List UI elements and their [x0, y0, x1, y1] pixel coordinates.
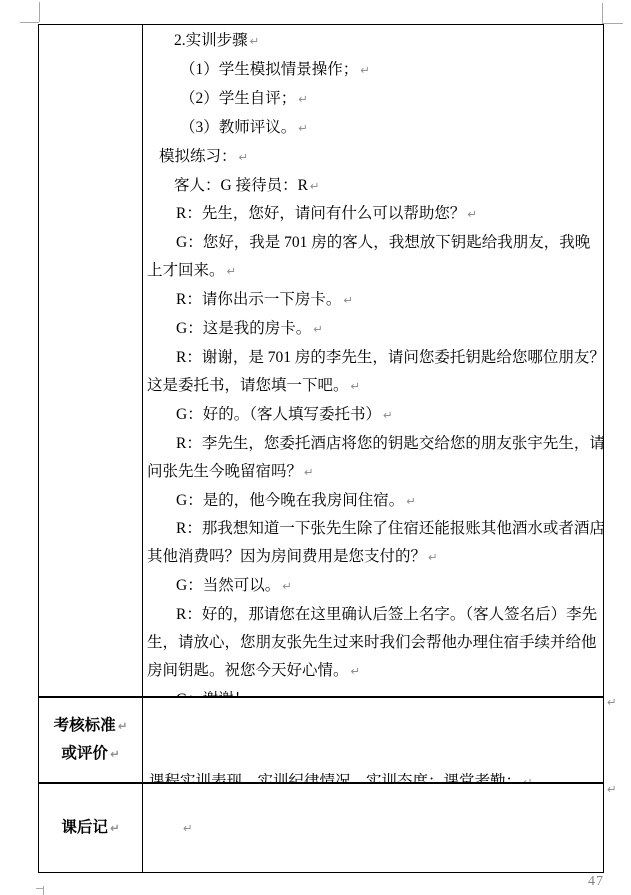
- paragraph-mark-icon: ↵: [360, 63, 370, 77]
- text-line: R：好的，那请您在这里确认后签上名字。（客人签名后）李先: [147, 601, 601, 629]
- after-class-content-cell: ↵: [143, 782, 603, 872]
- text-line: G：您好，我是 701 房的客人，我想放下钥匙给我朋友，我晚: [147, 229, 601, 257]
- paragraph-mark-icon: ↵: [428, 550, 438, 564]
- margin-mark-bottom-left-horizontal: [36, 888, 43, 889]
- paragraph-mark-icon: ↵: [313, 322, 323, 336]
- margin-mark-top-right-horizontal: [602, 23, 623, 24]
- paragraph-mark-icon: ↵: [304, 465, 314, 479]
- lesson-plan-table: 2.实训步骤↵（1）学生模拟情景操作；↵（2）学生自评；↵（3）教师评议。↵模拟…: [38, 24, 604, 873]
- text-line: 生，请放心，您朋友张先生过来时我们会帮他办理住宿手续并给他: [147, 629, 601, 657]
- text-line-content: G：当然可以。: [176, 577, 280, 594]
- text-line: G：是的，他今晚在我房间住宿。↵: [147, 487, 601, 516]
- text-line-content: R：好的，那请您在这里确认后签上名字。（客人签名后）李先: [176, 606, 597, 623]
- text-line-content: （2）学生自评；: [180, 90, 296, 107]
- paragraph-mark-icon: ↵: [298, 92, 308, 106]
- paragraph-mark-icon: ↵: [118, 719, 128, 733]
- text-line-content: R：谢谢，是 701 房的李先生，请问您委托钥匙给您哪位朋友？: [176, 349, 603, 366]
- text-line-content: 2.实训步骤: [174, 32, 248, 49]
- text-line-content: 模拟练习：: [159, 148, 237, 165]
- text-line: R：先生，您好，请问有什么可以帮助您？↵: [147, 200, 601, 229]
- assessment-content-cell: 课程实训表现、实训纪律情况、实训态度；课堂考勤；↵ ↵: [143, 696, 603, 782]
- assessment-label-line-2: 或评价↵: [61, 740, 119, 768]
- text-line: （2）学生自评；↵: [147, 85, 601, 114]
- training-content-cell: 2.实训步骤↵（1）学生模拟情景操作；↵（2）学生自评；↵（3）教师评议。↵模拟…: [143, 25, 603, 696]
- text-line-content: （1）学生模拟情景操作；: [180, 61, 358, 78]
- text-line: R：那我想知道一下张先生除了住宿还能报账其他酒水或者酒店: [147, 515, 601, 543]
- text-line: （3）教师评议。↵: [147, 114, 601, 143]
- text-line-content: R：先生，您好，请问有什么可以帮助您？: [176, 205, 465, 222]
- paragraph-mark-icon: ↵: [343, 293, 353, 307]
- text-line: R：谢谢，是 701 房的李先生，请问您委托钥匙给您哪位朋友？: [147, 344, 601, 372]
- text-line-content: G：这是我的房卡。: [176, 320, 311, 337]
- text-line: G：当然可以。↵: [147, 572, 601, 601]
- text-line: 客人：G 接待员：R↵: [147, 172, 601, 201]
- text-line-content: G：好的。（客人填写委托书）: [176, 406, 381, 423]
- paragraph-mark-icon: ↵: [406, 494, 416, 508]
- text-line-content: R：李先生，您委托酒店将您的钥匙交给您的朋友张宇先生，请: [176, 435, 603, 452]
- margin-mark-top-left-horizontal: [20, 22, 39, 23]
- text-line: 这是委托书，请您填一下吧。↵: [147, 372, 601, 401]
- paragraph-mark-icon: ↵: [282, 579, 292, 593]
- paragraph-mark-icon: ↵: [227, 264, 237, 278]
- paragraph-mark-icon: ↵: [351, 379, 361, 393]
- text-line-content: R：那我想知道一下张先生除了住宿还能报账其他酒水或者酒店: [176, 520, 603, 537]
- text-line: G：好的。（客人填写委托书）↵: [147, 401, 601, 430]
- assessment-label-text-1: 考核标准: [54, 717, 116, 734]
- paragraph-mark-icon: ↵: [467, 207, 477, 221]
- text-line: 模拟练习：↵: [147, 143, 601, 172]
- document-page: 2.实训步骤↵（1）学生模拟情景操作；↵（2）学生自评；↵（3）教师评议。↵模拟…: [0, 0, 631, 895]
- text-line: R：请你出示一下房卡。↵: [147, 286, 601, 315]
- row-end-paragraph-mark-icon: ↵: [607, 695, 617, 709]
- text-line: 其他消费吗？因为房间费用是您支付的？↵: [147, 543, 601, 572]
- text-line: 房间钥匙。祝您今天好心情。↵: [147, 657, 601, 686]
- text-line: R：李先生，您委托酒店将您的钥匙交给您的朋友张宇先生，请: [147, 430, 601, 458]
- margin-mark-bottom-left-vertical: [43, 886, 44, 895]
- text-line: 问张先生今晚留宿吗？↵: [147, 458, 601, 487]
- paragraph-mark-icon: ↵: [298, 121, 308, 135]
- assessment-label-line-1: 考核标准↵: [54, 712, 128, 740]
- text-line-content: 客人：G 接待员：R: [174, 177, 308, 194]
- empty-left-cell: [39, 25, 143, 696]
- paragraph-mark-icon: ↵: [523, 775, 533, 782]
- page-number: 47: [588, 874, 604, 890]
- text-line-content: G：是的，他今晚在我房间住宿。: [176, 492, 404, 509]
- text-line-content: G：您好，我是 701 房的客人，我想放下钥匙给我朋友，我晚: [176, 234, 590, 251]
- text-line-content: 问张先生今晚留宿吗？: [147, 463, 302, 480]
- row-end-paragraph-mark-icon: ↵: [607, 782, 617, 796]
- text-line-content: 上才回来。: [147, 262, 225, 279]
- text-line-content: 其他消费吗？因为房间费用是您支付的？: [147, 548, 426, 565]
- margin-mark-top-left-vertical: [39, 2, 40, 22]
- paragraph-mark-icon: ↵: [250, 34, 260, 48]
- paragraph-mark-icon: ↵: [239, 150, 249, 164]
- after-class-label-cell: 课后记↵: [39, 782, 143, 872]
- assessment-label-text-2: 或评价: [61, 745, 108, 762]
- after-class-label-text: 课后记: [61, 819, 108, 836]
- after-class-label-line: 课后记↵: [61, 814, 119, 842]
- paragraph-mark-icon: ↵: [383, 408, 393, 422]
- text-line: G：谢谢！↵: [147, 686, 601, 696]
- text-line-content: 这是委托书，请您填一下吧。: [147, 377, 349, 394]
- text-line-content: R：请你出示一下房卡。: [176, 291, 341, 308]
- text-line: 2.实训步骤↵: [147, 27, 601, 56]
- assessment-content-text: 课程实训表现、实训纪律情况、实训态度；课堂考勤；: [149, 773, 521, 782]
- text-line-content: （3）教师评议。: [180, 119, 296, 136]
- text-line: G：这是我的房卡。↵: [147, 315, 601, 344]
- text-line-content: 生，请放心，您朋友张先生过来时我们会帮他办理住宿手续并给他: [147, 634, 597, 651]
- margin-mark-top-right-vertical: [602, 3, 603, 23]
- paragraph-mark-icon: ↵: [310, 179, 320, 193]
- text-line: 上才回来。↵: [147, 257, 601, 286]
- paragraph-mark-icon: ↵: [110, 821, 120, 835]
- assessment-label-cell: 考核标准↵ 或评价↵: [39, 696, 143, 782]
- assessment-content-line: 课程实训表现、实训纪律情况、实训态度；课堂考勤；↵: [149, 768, 603, 782]
- text-line: （1）学生模拟情景操作；↵: [147, 56, 601, 85]
- text-line-content: 房间钥匙。祝您今天好心情。: [147, 662, 349, 679]
- paragraph-mark-icon: ↵: [351, 664, 361, 678]
- paragraph-mark-icon: ↵: [110, 747, 120, 761]
- paragraph-mark-icon: ↵: [183, 821, 193, 835]
